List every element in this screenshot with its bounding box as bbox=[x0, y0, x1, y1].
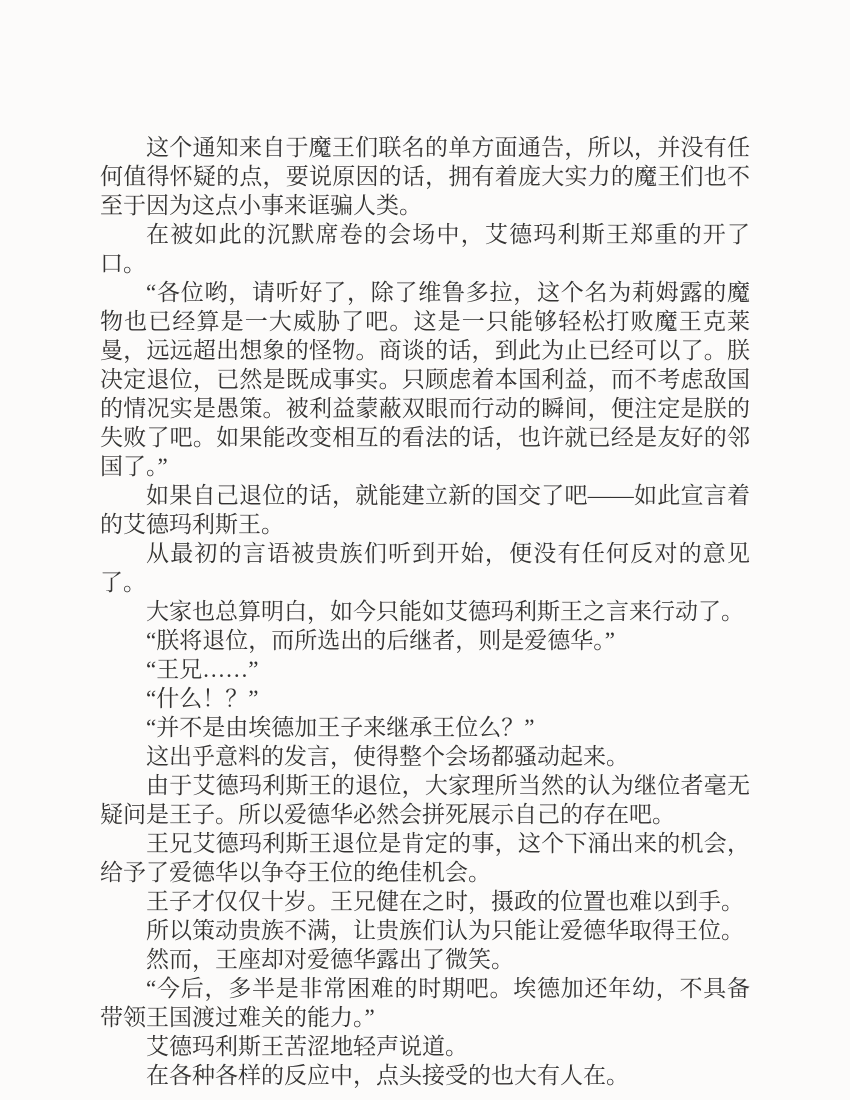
paragraph: 王子才仅仅十岁。王兄健在之时，摄政的位置也难以到手。 bbox=[100, 887, 750, 916]
paragraph: “各位哟，请听好了，除了维鲁多拉，这个名为莉姆露的魔物也已经算是一大威胁了吧。这… bbox=[100, 278, 750, 481]
paragraph: 然而，王座却对爱德华露出了微笑。 bbox=[100, 945, 750, 974]
paragraph: “什么！？” bbox=[100, 684, 750, 713]
paragraph: 艾德玛利斯王苦涩地轻声说道。 bbox=[100, 1032, 750, 1061]
paragraph: 这个通知来自于魔王们联名的单方面通告，所以，并没有任何值得怀疑的点，要说原因的话… bbox=[100, 133, 750, 220]
paragraph: 大家也总算明白，如今只能如艾德玛利斯王之言来行动了。 bbox=[100, 597, 750, 626]
paragraph: 由于艾德玛利斯王的退位，大家理所当然的认为继位者毫无疑问是王子。所以爱德华必然会… bbox=[100, 771, 750, 829]
paragraph: 在被如此的沉默席卷的会场中，艾德玛利斯王郑重的开了口。 bbox=[100, 220, 750, 278]
paragraph: 在各种各样的反应中，点头接受的也大有人在。 bbox=[100, 1061, 750, 1090]
novel-text-block: 这个通知来自于魔王们联名的单方面通告，所以，并没有任何值得怀疑的点，要说原因的话… bbox=[100, 133, 750, 1090]
paragraph: 这出乎意料的发言，使得整个会场都骚动起来。 bbox=[100, 742, 750, 771]
paragraph: 王兄艾德玛利斯王退位是肯定的事，这个下涌出来的机会，给予了爱德华以争夺王位的绝佳… bbox=[100, 829, 750, 887]
paragraph: “朕将退位，而所选出的后继者，则是爱德华。” bbox=[100, 626, 750, 655]
paragraph: 如果自己退位的话，就能建立新的国交了吧——如此宣言着的艾德玛利斯王。 bbox=[100, 481, 750, 539]
paragraph: “今后，多半是非常困难的时期吧。埃德加还年幼，不具备带领王国渡过难关的能力。” bbox=[100, 974, 750, 1032]
paragraph: 所以策动贵族不满，让贵族们认为只能让爱德华取得王位。 bbox=[100, 916, 750, 945]
paragraph: “并不是由埃德加王子来继承王位么？” bbox=[100, 713, 750, 742]
paragraph: “王兄……” bbox=[100, 655, 750, 684]
paragraph: 从最初的言语被贵族们听到开始，便没有任何反对的意见了。 bbox=[100, 539, 750, 597]
novel-page: 这个通知来自于魔王们联名的单方面通告，所以，并没有任何值得怀疑的点，要说原因的话… bbox=[0, 0, 850, 1100]
